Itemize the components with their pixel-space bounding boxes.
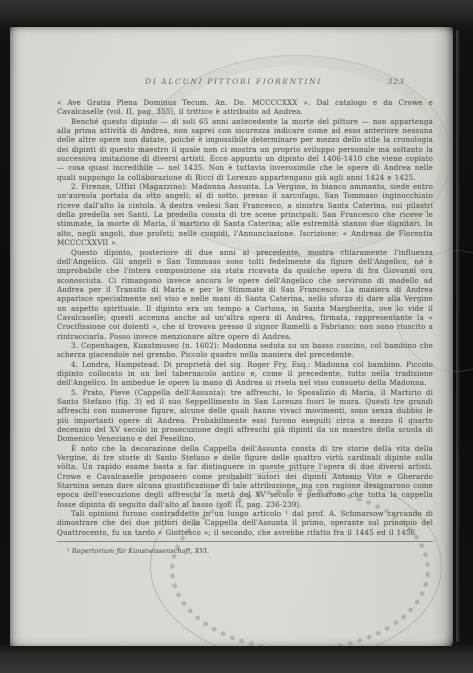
body-text: « Ave Gratia Plena Dominus Tecum. An. Do… [57, 98, 433, 537]
page-edge [456, 30, 460, 642]
paragraph: Questo dipinto, posteriore di due anni a… [57, 248, 433, 341]
paragraph: È noto che la decorazione della Cappella… [57, 444, 433, 509]
footnote-divider [57, 541, 433, 542]
page-title: DI ALCUNI PITTORI FIORENTINI [145, 77, 322, 86]
paragraph: 3. Copenhagen, Kunstmuseo (n. 1602): Mad… [57, 341, 433, 360]
watermark-band-top [0, 0, 473, 27]
running-head: DI ALCUNI PITTORI FIORENTINI 323 [57, 77, 433, 86]
paragraph: 5. Prato, Pieve (Cappella dell'Assunta):… [57, 388, 433, 444]
page-number: 323 [388, 77, 406, 86]
watermark-band-bottom [0, 646, 473, 673]
footnote-text: ¹ Repertorium für Kunstwissenschaft, XVI… [57, 547, 433, 556]
paragraph: 2. Firenze, Uffizi (Magazzino): Madonna … [57, 182, 433, 247]
paragraph: Benché questo dipinto — di soli 65 anni … [57, 117, 433, 182]
page-content: DI ALCUNI PITTORI FIORENTINI 323 « Ave G… [57, 77, 433, 556]
paragraph: « Ave Gratia Plena Dominus Tecum. An. Do… [57, 98, 433, 117]
paragraph: Tali opinioni furono contraddette in un … [57, 509, 433, 537]
paragraph: 4. Londra, Hampstead. Di proprietà del s… [57, 360, 433, 388]
footnote-block: ¹ Repertorium für Kunstwissenschaft, XVI… [57, 541, 433, 556]
